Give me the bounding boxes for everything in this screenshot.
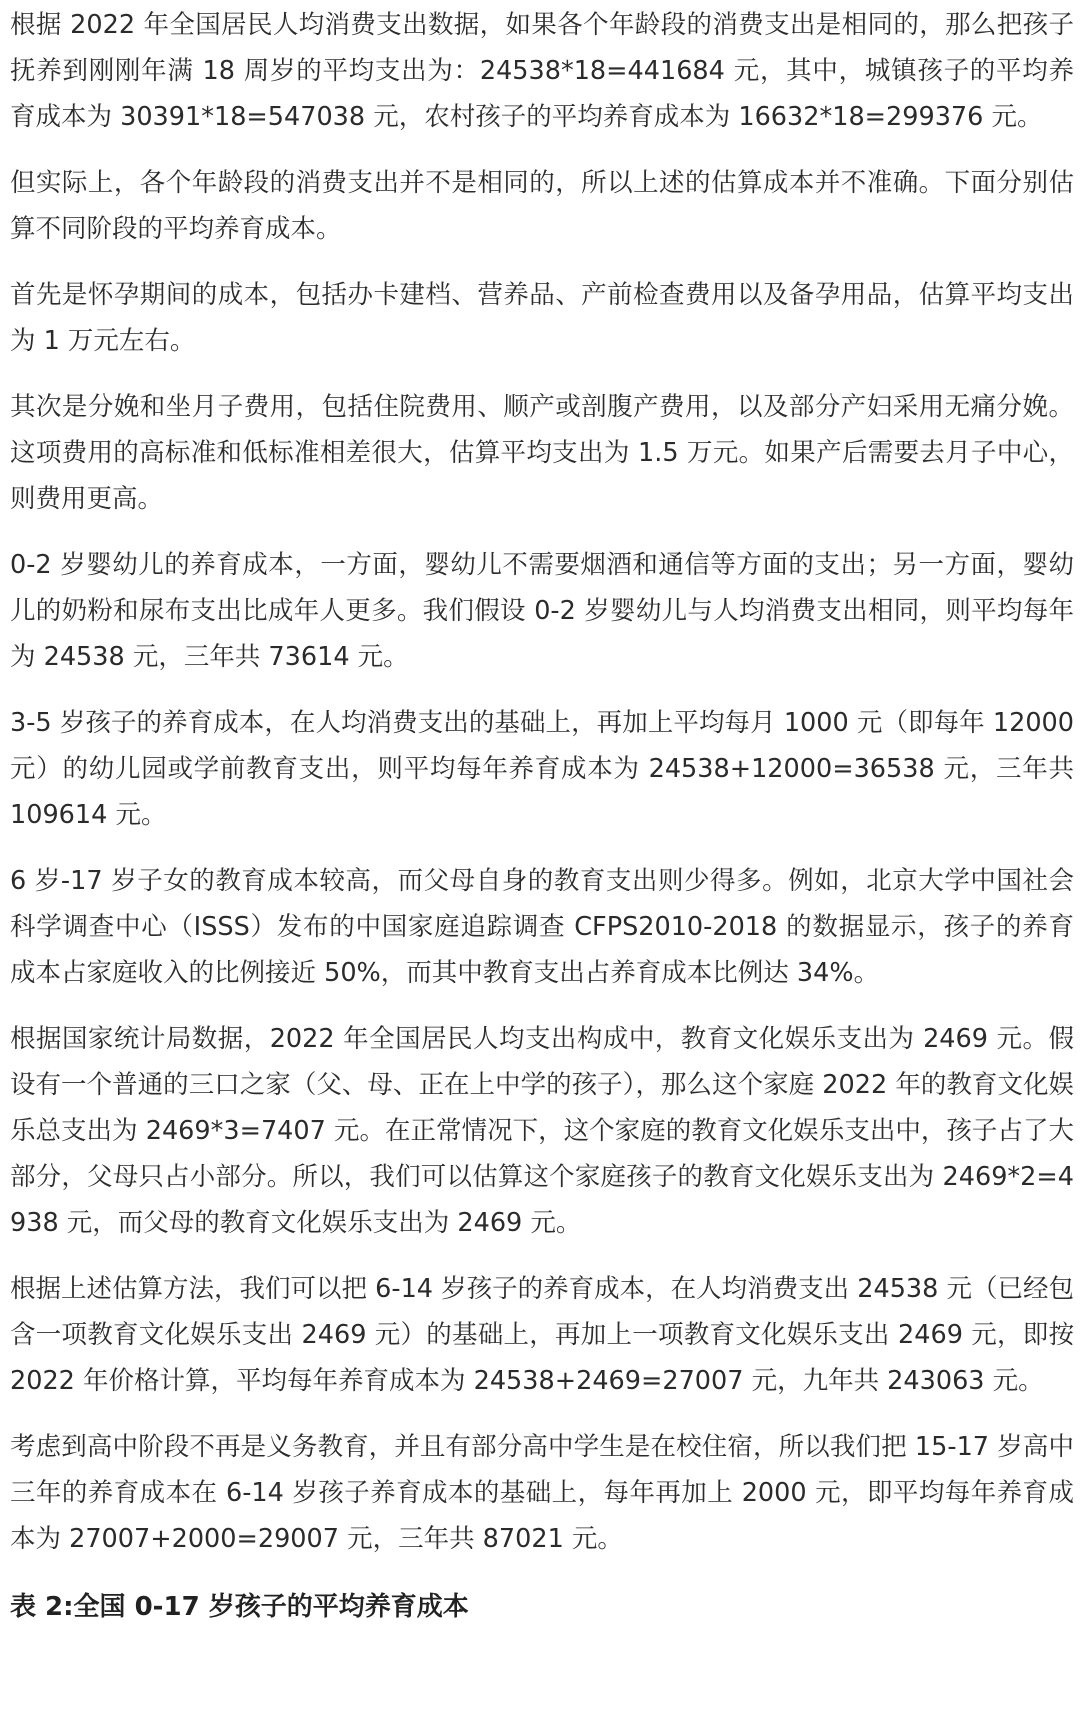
table-title: 表 2:全国 0-17 岁孩子的平均养育成本 — [10, 1584, 1074, 1630]
paragraph-infant-0-2-cost: 0-2 岁婴幼儿的养育成本，一方面，婴幼儿不需要烟酒和通信等方面的支出；另一方面… — [10, 542, 1074, 680]
paragraph-school-6-14-cost: 根据上述估算方法，我们可以把 6-14 岁孩子的养育成本，在人均消费支出 245… — [10, 1266, 1074, 1404]
paragraph-highschool-15-17-cost: 考虑到高中阶段不再是义务教育，并且有部分高中学生是在校住宿，所以我们把 15-1… — [10, 1424, 1074, 1562]
paragraph-estimate-inaccuracy: 但实际上，各个年龄段的消费支出并不是相同的，所以上述的估算成本并不准确。下面分别… — [10, 160, 1074, 252]
paragraph-education-6-17-cost: 6 岁-17 岁子女的教育成本较高，而父母自身的教育支出则少得多。例如，北京大学… — [10, 858, 1074, 996]
paragraph-education-spending-stats: 根据国家统计局数据，2022 年全国居民人均支出构成中，教育文化娱乐支出为 24… — [10, 1016, 1074, 1246]
paragraph-preschool-3-5-cost: 3-5 岁孩子的养育成本，在人均消费支出的基础上，再加上平均每月 1000 元（… — [10, 700, 1074, 838]
paragraph-childbirth-cost: 其次是分娩和坐月子费用，包括住院费用、顺产或剖腹产费用，以及部分产妇采用无痛分娩… — [10, 384, 1074, 522]
paragraph-pregnancy-cost: 首先是怀孕期间的成本，包括办卡建档、营养品、产前检查费用以及备孕用品，估算平均支… — [10, 272, 1074, 364]
article-body: 根据 2022 年全国居民人均消费支出数据，如果各个年龄段的消费支出是相同的，那… — [0, 2, 1080, 1630]
paragraph-national-average-cost: 根据 2022 年全国居民人均消费支出数据，如果各个年龄段的消费支出是相同的，那… — [10, 2, 1074, 140]
